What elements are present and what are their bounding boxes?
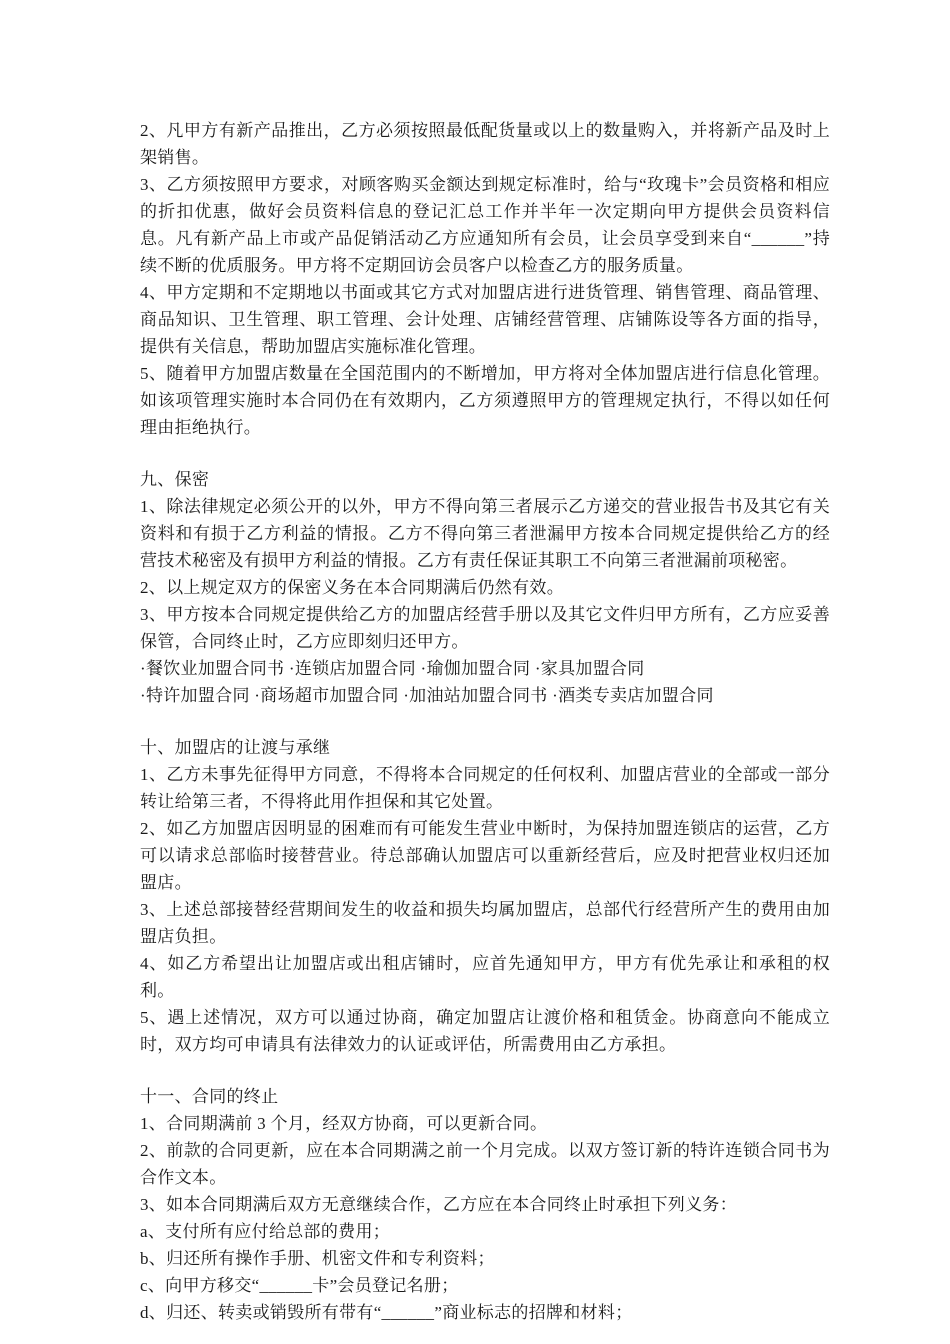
contract-page: 2、凡甲方有新产品推出，乙方必须按照最低配货量或以上的数量购入，并将新产品及时上… (0, 0, 950, 1344)
paragraph: 3、甲方按本合同规定提供给乙方的加盟店经营手册以及其它文件归甲方所有，乙方应妥善… (140, 601, 830, 655)
paragraph: a、支付所有应付给总部的费用； (140, 1218, 830, 1245)
paragraph: 2、如乙方加盟店因明显的困难而有可能发生营业中断时，为保持加盟连锁店的运营，乙方… (140, 815, 830, 896)
section-heading: 九、保密 (140, 466, 830, 493)
paragraph: 3、如本合同期满后双方无意继续合作，乙方应在本合同终止时承担下列义务： (140, 1191, 830, 1218)
paragraph: 3、乙方须按照甲方要求，对顾客购买金额达到规定标准时，给与“玫瑰卡”会员资格和相… (140, 171, 830, 279)
paragraph: 5、遇上述情况，双方可以通过协商，确定加盟店让渡价格和租赁金。协商意向不能成立时… (140, 1004, 830, 1058)
paragraph: b、归还所有操作手册、机密文件和专利资料； (140, 1245, 830, 1272)
paragraph: d、归还、转卖或销毁所有带有“______”商业标志的招牌和材料； (140, 1299, 830, 1326)
paragraph: 3、上述总部接替经营期间发生的收益和损失均属加盟店，总部代行经营所产生的费用由加… (140, 896, 830, 950)
paragraph: 2、以上规定双方的保密义务在本合同期满后仍然有效。 (140, 574, 830, 601)
paragraph: ·特许加盟合同 ·商场超市加盟合同 ·加油站加盟合同书 ·酒类专卖店加盟合同 (140, 682, 830, 709)
paragraph: 4、如乙方希望出让加盟店或出租店铺时，应首先通知甲方，甲方有优先承让和承租的权利… (140, 950, 830, 1004)
section-spacer (140, 441, 830, 466)
paragraph: ·餐饮业加盟合同书 ·连锁店加盟合同 ·瑜伽加盟合同 ·家具加盟合同 (140, 655, 830, 682)
document-body: 2、凡甲方有新产品推出，乙方必须按照最低配货量或以上的数量购入，并将新产品及时上… (140, 117, 830, 1326)
section-spacer (140, 1058, 830, 1083)
section-heading: 十、加盟店的让渡与承继 (140, 734, 830, 761)
paragraph: 1、除法律规定必须公开的以外，甲方不得向第三者展示乙方递交的营业报告书及其它有关… (140, 493, 830, 574)
paragraph: c、向甲方移交“______卡”会员登记名册； (140, 1272, 830, 1299)
paragraph: 5、随着甲方加盟店数量在全国范围内的不断增加，甲方将对全体加盟店进行信息化管理。… (140, 360, 830, 441)
section-heading: 十一、合同的终止 (140, 1083, 830, 1110)
paragraph: 2、前款的合同更新，应在本合同期满之前一个月完成。以双方签订新的特许连锁合同书为… (140, 1137, 830, 1191)
paragraph: 1、合同期满前 3 个月，经双方协商，可以更新合同。 (140, 1110, 830, 1137)
paragraph: 2、凡甲方有新产品推出，乙方必须按照最低配货量或以上的数量购入，并将新产品及时上… (140, 117, 830, 171)
paragraph: 4、甲方定期和不定期地以书面或其它方式对加盟店进行进货管理、销售管理、商品管理、… (140, 279, 830, 360)
section-spacer (140, 709, 830, 734)
paragraph: 1、乙方未事先征得甲方同意，不得将本合同规定的任何权利、加盟店营业的全部或一部分… (140, 761, 830, 815)
